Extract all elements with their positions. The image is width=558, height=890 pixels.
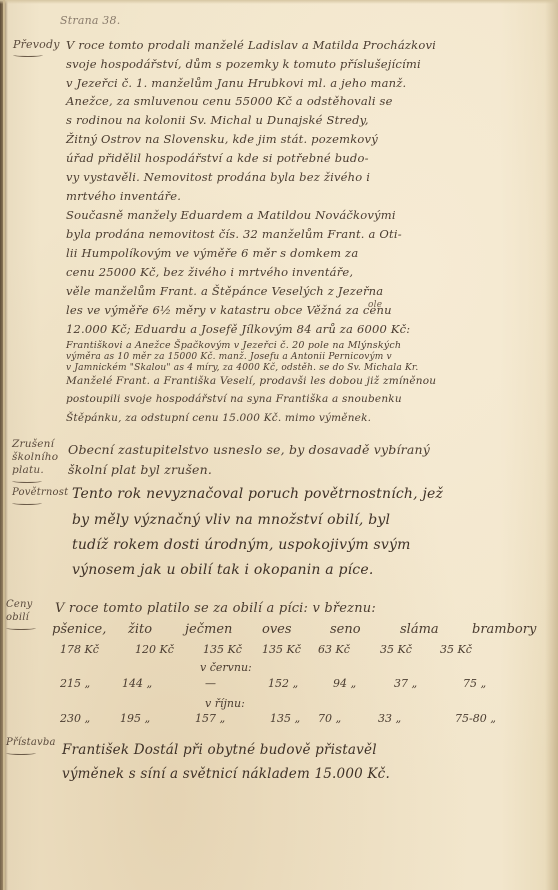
price-cell: 37 „ xyxy=(394,677,417,690)
prevody-line-12: lii Humpolíkovým ve výměře 6 měr s domke… xyxy=(66,246,358,260)
margin-label-pristavba: Přístavba xyxy=(6,736,48,755)
price-cell: 35 Kč xyxy=(440,643,472,656)
zruseni-line-2: školní plat byl zrušen. xyxy=(68,462,212,477)
column-header-jecmen: ječmen xyxy=(185,622,232,637)
price-cell: 135 Kč xyxy=(203,643,242,656)
price-cell: 144 „ xyxy=(122,677,152,690)
prevody-small-line-1: Františkovi a Anežce Špačkovým v Jezeřci… xyxy=(66,340,401,351)
prevody-line-3: v Jezeřci č. 1. manželům Janu Hrubkovi m… xyxy=(66,76,406,90)
price-cell: 215 „ xyxy=(60,677,90,690)
prevody-line-8: vy vystavěli. Nemovitost prodána byla be… xyxy=(66,170,370,184)
price-cell: 94 „ xyxy=(333,677,356,690)
povetrnost-line-3: tudíž rokem dosti úrodným, uspokojivým s… xyxy=(72,537,411,553)
price-cell: 75 „ xyxy=(463,677,486,690)
margin-label-ceny-obili: Ceny obilí xyxy=(6,598,38,630)
price-cell: 230 „ xyxy=(60,712,90,725)
prevody-closing-line-2: postoupili svoje hospodářství na syna Fr… xyxy=(66,393,402,405)
period-label-rijen: v říjnu: xyxy=(205,697,245,710)
ceny-obili-intro: V roce tomto platilo se za obilí a píci:… xyxy=(55,601,376,616)
column-header-zito: žito xyxy=(128,622,152,637)
price-cell: 70 „ xyxy=(318,712,341,725)
prevody-line-5: s rodinou na kolonii Sv. Michal u Dunajs… xyxy=(66,113,369,127)
price-cell: 195 „ xyxy=(120,712,150,725)
zruseni-line-1: Obecní zastupitelstvo usneslo se, by dos… xyxy=(68,442,430,457)
price-cell: 35 Kč xyxy=(380,643,412,656)
prevody-line-10: Současně manžely Eduardem a Matildou Nov… xyxy=(66,208,396,222)
prevody-line-9: mrtvého inventáře. xyxy=(66,189,181,203)
page-top-edge xyxy=(0,0,558,4)
prevody-small-line-2: výměra as 10 měr za 15000 Kč. manž. Jose… xyxy=(66,352,392,362)
price-cell: 75-80 „ xyxy=(455,712,496,725)
price-cell: 135 „ xyxy=(270,712,300,725)
prevody-line-4: Anežce, za smluvenou cenu 55000 Kč a ods… xyxy=(66,94,393,108)
period-label-cerven: v červnu: xyxy=(200,661,252,674)
price-cell: — xyxy=(205,677,216,690)
pristavba-line-2: výměnek s síní a světnicí nákladem 15.00… xyxy=(62,766,390,782)
prevody-closing-line-3: Štěpánku, za odstupní cenu 15.000 Kč. mi… xyxy=(66,412,371,424)
price-cell: 63 Kč xyxy=(318,643,350,656)
price-cell: 157 „ xyxy=(195,712,225,725)
prevody-line-6: Žitný Ostrov na Slovensku, kde jim stát.… xyxy=(66,132,378,146)
prevody-line-15: les ve výměře 6½ měry v katastru obce Vě… xyxy=(66,303,392,317)
column-header-oves: oves xyxy=(262,622,292,637)
pristavba-line-1: František Dostál při obytné budově přist… xyxy=(62,742,377,758)
prevody-line-14: věle manželům Frant. a Štěpánce Veselých… xyxy=(66,284,383,298)
prevody-line-13: cenu 25000 Kč, bez živého i mrtvého inve… xyxy=(66,265,353,279)
prevody-line-7: úřad přidělil hospodářství a kde si potř… xyxy=(66,151,369,165)
manuscript-page: Strana 38. Převody V roce tomto prodali … xyxy=(0,0,558,890)
prevody-line-2: svoje hospodářství, dům s pozemky k tomu… xyxy=(66,57,421,71)
povetrnost-line-1: Tento rok nevyznačoval poruch povětrnost… xyxy=(72,486,443,502)
column-header-slama: sláma xyxy=(400,622,439,637)
margin-label-prevody: Převody xyxy=(13,38,63,57)
price-cell: 135 Kč xyxy=(262,643,301,656)
povetrnost-line-2: by měly význačný vliv na množství obilí,… xyxy=(72,512,390,528)
povetrnost-line-4: výnosem jak u obilí tak i okopanin a píc… xyxy=(72,562,373,578)
prevody-small-line-3: v Jamnickém "Skalou" as 4 míry, za 4000 … xyxy=(66,363,418,373)
column-header-seno: seno xyxy=(330,622,361,637)
prevody-closing-line-1: Manželé Frant. a Františka Veselí, proda… xyxy=(66,375,436,387)
page-label: Strana 38. xyxy=(60,14,120,27)
prevody-line-1: V roce tomto prodali manželé Ladislav a … xyxy=(66,38,436,52)
prevody-line-16: 12.000 Kč; Eduardu a Josefě Jílkovým 84 … xyxy=(66,322,410,336)
prevody-insert-above: ole xyxy=(368,300,382,310)
margin-label-povetrnost: Povětrnost xyxy=(12,486,68,505)
price-cell: 33 „ xyxy=(378,712,401,725)
column-header-brambory: brambory xyxy=(472,622,536,637)
price-cell: 152 „ xyxy=(268,677,298,690)
price-cell: 120 Kč xyxy=(135,643,174,656)
page-binding-edge xyxy=(3,0,5,890)
column-header-psenice: pšenice, xyxy=(52,622,106,637)
margin-label-zruseni: Zrušení školního platu. xyxy=(12,438,60,483)
price-cell: 178 Kč xyxy=(60,643,99,656)
prevody-line-11: byla prodána nemovitost čís. 32 manželům… xyxy=(66,227,402,241)
